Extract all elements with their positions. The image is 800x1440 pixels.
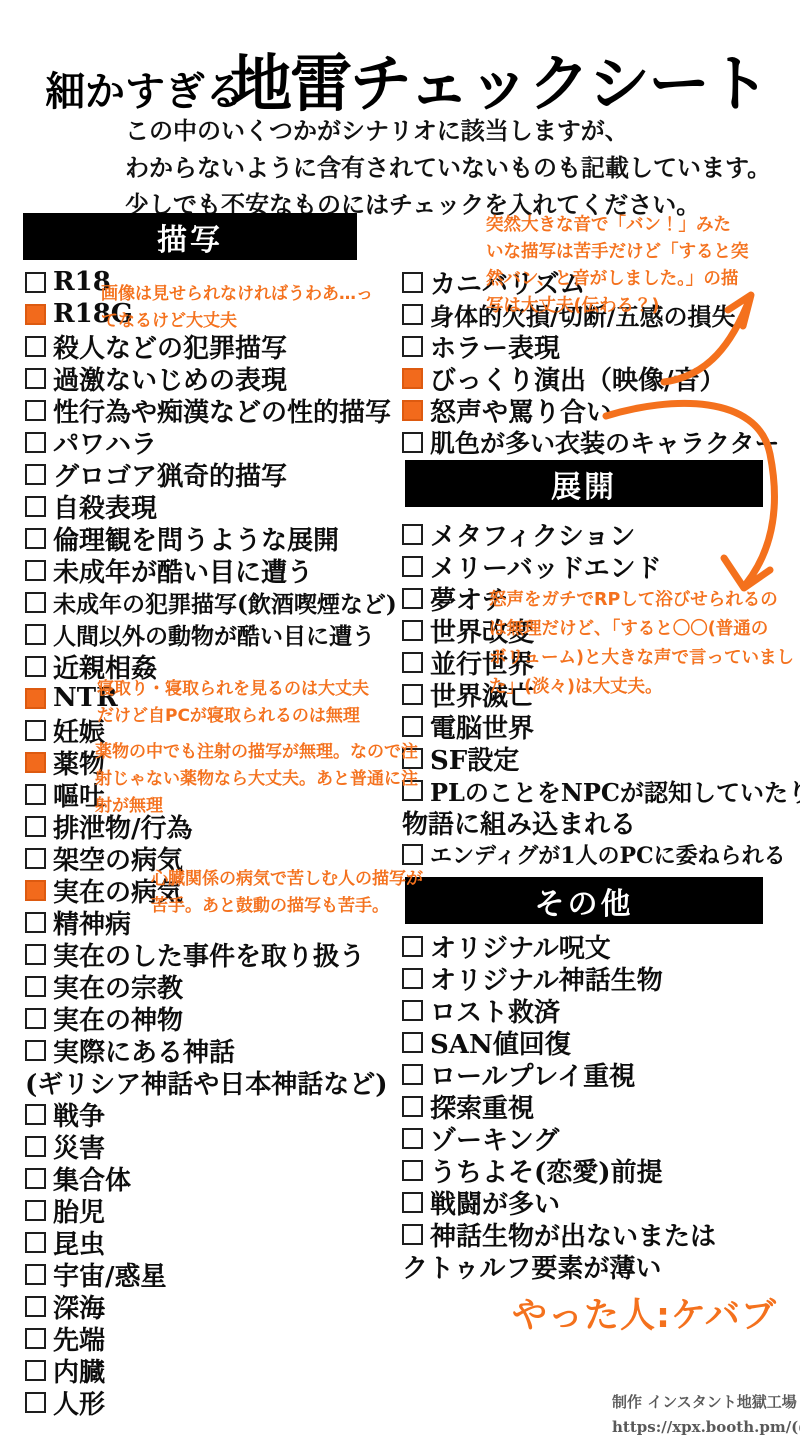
checkbox[interactable] [25, 1136, 46, 1157]
checklist-item: パワハラ [25, 426, 395, 458]
checkbox-checked[interactable] [402, 400, 423, 421]
checklist-item: 人形 [25, 1386, 395, 1418]
item-label: 未成年の犯罪描写(飲酒喫煙など) [53, 586, 397, 619]
checkbox[interactable] [25, 1008, 46, 1029]
item-label: 人形 [53, 1384, 105, 1421]
checkbox[interactable] [402, 1032, 423, 1053]
checklist-item: 実際にある神話 [25, 1034, 395, 1066]
checklist-item: 未成年の犯罪描写(飲酒喫煙など) [25, 586, 395, 618]
checklist-item: 昆虫 [25, 1226, 395, 1258]
checkbox[interactable] [25, 1360, 46, 1381]
checkbox-checked[interactable] [25, 304, 46, 325]
checkbox[interactable] [25, 1328, 46, 1349]
item-label: エンディグが1人のPCに委ねられる [430, 839, 786, 870]
checklist-item: 宇宙/惑星 [25, 1258, 395, 1290]
checkbox[interactable] [25, 336, 46, 357]
checklist-item: 実在の神物 [25, 1002, 395, 1034]
checkbox[interactable] [25, 816, 46, 837]
checklist-item: 戦闘が多い [402, 1186, 794, 1218]
checkbox[interactable] [25, 848, 46, 869]
checkbox[interactable] [25, 496, 46, 517]
checklist-item: 探索重視 [402, 1090, 794, 1122]
checkbox[interactable] [25, 1168, 46, 1189]
checklist-item: ロールプレイ重視 [402, 1058, 794, 1090]
checklist-item: SF設定 [402, 742, 794, 774]
checklist-item: (ギリシア神話や日本神話など) [25, 1066, 395, 1098]
checklist-item: 未成年が酷い目に遭う [25, 554, 395, 586]
checklist-item: 倫理観を問うような展開 [25, 522, 395, 554]
checklist-item: 胎児 [25, 1194, 395, 1226]
checkbox[interactable] [25, 1264, 46, 1285]
page-title: 地雷チェックシート [230, 34, 768, 123]
checklist-byosha: R18R18G画像は見せられなければうわあ…っ てなるけど大丈夫殺人などの犯罪描… [25, 266, 395, 1418]
item-label: 怒声や罵り合い [430, 392, 612, 429]
checkbox[interactable] [402, 432, 423, 453]
checklist-item: クトゥルフ要素が薄い [402, 1250, 794, 1282]
checkbox[interactable] [25, 912, 46, 933]
checklist-item: 災害 [25, 1130, 395, 1162]
checklist-item: 薬物薬物の中でも注射の描写が無理。なので注 射じゃない薬物なら大丈夫。あと普通に… [25, 746, 395, 778]
item-label: クトゥルフ要素が薄い [402, 1248, 661, 1285]
checksheet-page: 細かすぎる 地雷チェックシート この中のいくつかがシナリオに該当しますが、 わか… [0, 0, 800, 1440]
annotation-shouting-note: 怒声をガチでRPして浴びせられるの は無理だけど、「すると〇〇(普通の ボリュー… [489, 586, 800, 702]
checkbox-checked[interactable] [25, 688, 46, 709]
checklist-item: オリジナル神話生物 [402, 962, 794, 994]
checklist-item: オリジナル呪文 [402, 930, 794, 962]
checklist-item: 戦争 [25, 1098, 395, 1130]
item-label: SF設定 [430, 740, 519, 777]
checklist-item: うちよそ(恋愛)前提 [402, 1154, 794, 1186]
checklist-item: 神話生物が出ないまたは [402, 1218, 794, 1250]
checkbox[interactable] [402, 1064, 423, 1085]
checklist-item: NTR寝取り・寝取られを見るのは大丈夫 だけど自PCが寝取られるのは無理 [25, 682, 395, 714]
checkbox[interactable] [402, 620, 423, 641]
checkbox[interactable] [25, 784, 46, 805]
checkbox[interactable] [402, 524, 423, 545]
checklist-item: R18G画像は見せられなければうわあ…っ てなるけど大丈夫 [25, 298, 395, 330]
annotation-note: 薬物の中でも注射の描写が無理。なので注 射じゃない薬物なら大丈夫。あと普通に注 … [95, 739, 430, 820]
checkbox[interactable] [402, 556, 423, 577]
checkbox[interactable] [402, 936, 423, 957]
section-header-sonota: その他 [405, 877, 763, 924]
checklist-sonota: オリジナル呪文オリジナル神話生物ロスト救済SAN値回復ロールプレイ重視探索重視ゾ… [402, 930, 794, 1282]
page-title-prefix: 細かすぎる [45, 60, 245, 117]
checkbox[interactable] [25, 464, 46, 485]
checkbox[interactable] [25, 976, 46, 997]
checkbox[interactable] [25, 1392, 46, 1413]
checklist-item: 実在の病気心臓関係の病気で苦しむ人の描写が 苦手。あと鼓動の描写も苦手。 [25, 874, 395, 906]
checklist-item: ロスト救済 [402, 994, 794, 1026]
checkbox[interactable] [25, 560, 46, 581]
checklist-item: 内臓 [25, 1354, 395, 1386]
item-label: 未成年が酷い目に遭う [53, 552, 313, 589]
checkbox[interactable] [25, 272, 46, 293]
checkbox[interactable] [25, 1040, 46, 1061]
credit-text: やった人:ケバブ [512, 1288, 777, 1338]
annotation-note: 寝取り・寝取られを見るのは大丈夫 だけど自PCが寝取られるのは無理 [97, 676, 422, 730]
checklist-item: 実在のした事件を取り扱う [25, 938, 395, 970]
checklist-item: 電脳世界 [402, 710, 794, 742]
checklist-item: 物語に組み込まれる [402, 806, 794, 838]
checklist-item: 集合体 [25, 1162, 395, 1194]
checkbox-checked[interactable] [402, 368, 423, 389]
checkbox[interactable] [25, 592, 46, 613]
checkbox-checked[interactable] [25, 880, 46, 901]
checkbox[interactable] [25, 944, 46, 965]
checkbox[interactable] [25, 624, 46, 645]
checklist-item: 性行為や痴漢などの性的描写 [25, 394, 395, 426]
checklist-item: SAN値回復 [402, 1026, 794, 1058]
checkbox[interactable] [25, 368, 46, 389]
checkbox[interactable] [402, 652, 423, 673]
checkbox[interactable] [25, 528, 46, 549]
intro-text: この中のいくつかがシナリオに該当しますが、 わからないように含有されていないもの… [125, 112, 771, 223]
checkbox[interactable] [402, 1096, 423, 1117]
checkbox[interactable] [25, 432, 46, 453]
checkbox[interactable] [25, 1232, 46, 1253]
checkbox[interactable] [25, 1104, 46, 1125]
item-label: 物語に組み込まれる [402, 804, 636, 841]
annotation-note: 心臓関係の病気で苦しむ人の描写が 苦手。あと鼓動の描写も苦手。 [151, 866, 451, 920]
checklist-item: 実在の宗教 [25, 970, 395, 1002]
checkbox[interactable] [402, 588, 423, 609]
checkbox[interactable] [402, 844, 423, 865]
checkbox[interactable] [402, 336, 423, 357]
checkbox[interactable] [402, 1128, 423, 1149]
footer-text: 制作 インスタント地獄工場 https://xpx.booth.pm/(@XpX… [612, 1390, 800, 1440]
checklist-item: 深海 [25, 1290, 395, 1322]
checklist-item: グロゴア猟奇的描写 [25, 458, 395, 490]
checkbox[interactable] [402, 1192, 423, 1213]
checklist-item: 自殺表現 [25, 490, 395, 522]
checkbox[interactable] [402, 968, 423, 989]
checklist-item: ゾーキング [402, 1122, 794, 1154]
checkbox[interactable] [25, 1296, 46, 1317]
checkbox[interactable] [402, 1224, 423, 1245]
checkbox-checked[interactable] [25, 752, 46, 773]
item-label: PLのことをNPCが認知していたり [430, 773, 800, 808]
checklist-item: 先端 [25, 1322, 395, 1354]
checkbox[interactable] [25, 720, 46, 741]
checklist-item: PLのことをNPCが認知していたり [402, 774, 794, 806]
checkbox[interactable] [25, 1200, 46, 1221]
annotation-note: 画像は見せられなければうわあ…っ てなるけど大丈夫 [101, 281, 421, 335]
checklist-item: 過激ないじめの表現 [25, 362, 395, 394]
annotation-startle-note: 突然大きな音で「バン！」みた いな描写は苦手だけど「すると突 然バン、と音がしま… [486, 212, 798, 320]
checkbox[interactable] [25, 400, 46, 421]
checklist-item: 人間以外の動物が酷い目に遭う [25, 618, 395, 650]
checkbox[interactable] [402, 1000, 423, 1021]
section-header-byosha: 描写 [23, 213, 357, 260]
checkbox[interactable] [25, 656, 46, 677]
checkbox[interactable] [402, 1160, 423, 1181]
arrow-down-left-icon [596, 392, 800, 604]
item-label: 人間以外の動物が酷い目に遭う [53, 618, 375, 651]
checklist-item: エンディグが1人のPCに委ねられる [402, 838, 794, 870]
